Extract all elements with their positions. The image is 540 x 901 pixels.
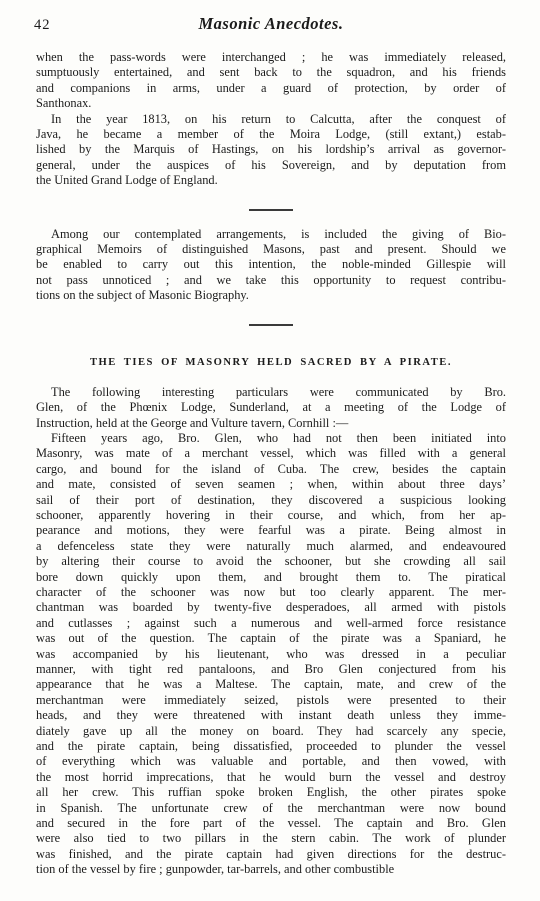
running-title: Masonic Anecdotes. [36, 14, 506, 34]
text-line: Java, he became a member of the Moira Lo… [36, 127, 506, 142]
text-line: and mate, consisted of seven seamen ; wh… [36, 477, 506, 492]
text-line: Instruction, held at the George and Vult… [36, 416, 506, 431]
text-line: Glen, of the Phœnix Lodge, Sunderland, a… [36, 400, 506, 415]
text-line: be enabled to carry out this intention, … [36, 257, 506, 272]
text-line: tions on the subject of Masonic Biograph… [36, 288, 506, 303]
divider-line [249, 209, 293, 211]
text-line: was finished, and the pirate captain had… [36, 847, 506, 862]
page-number: 42 [34, 17, 51, 34]
page-header: 42 Masonic Anecdotes. [36, 14, 506, 34]
text-line: were also tied to two pillars in the ste… [36, 831, 506, 846]
text-line: manner, with tight red pantaloons, and B… [36, 662, 506, 677]
text-line: by altering their course to avoid the sc… [36, 554, 506, 569]
paragraph: when the pass-words were interchanged ; … [36, 50, 506, 112]
text-line: heads, and they were threatened with ins… [36, 708, 506, 723]
section-divider [36, 207, 506, 209]
text-line: and the pirate captain, being dissatisfi… [36, 739, 506, 754]
text-line: the most horrid imprecations, that he wo… [36, 770, 506, 785]
text-line: tion of the vessel by fire ; gunpowder, … [36, 862, 506, 877]
text-line: cargo, and bound for the island of Cuba.… [36, 462, 506, 477]
text-line: Santhonax. [36, 96, 506, 111]
text-line: when the pass-words were interchanged ; … [36, 50, 506, 65]
text-line: sail of their port of destination, they … [36, 493, 506, 508]
paragraph: Among our contemplated arrangements, is … [36, 227, 506, 304]
text-line: Masonry, was mate of a merchant vessel, … [36, 446, 506, 461]
text-line: sumptuously entertained, and sent back t… [36, 65, 506, 80]
section-divider [36, 322, 506, 324]
text-line: lished by the Marquis of Hastings, on hi… [36, 142, 506, 157]
page-body: when the pass-words were interchanged ; … [36, 50, 506, 878]
text-line: merchantman were immediately seized, pis… [36, 693, 506, 708]
text-line: graphical Memoirs of distinguished Mason… [36, 242, 506, 257]
text-line: all her crew. This ruffian spoke broken … [36, 785, 506, 800]
divider-line [249, 324, 293, 326]
text-line: Fifteen years ago, Bro. Glen, who had no… [36, 431, 506, 446]
text-line: not pass unnoticed ; and we take this op… [36, 273, 506, 288]
text-line: a defenceless state they were naturally … [36, 539, 506, 554]
text-line: was out of the question. The captain of … [36, 631, 506, 646]
paragraph: The following interesting particulars we… [36, 385, 506, 431]
text-line: and cutlasses ; against such a numerous … [36, 616, 506, 631]
text-line: the United Grand Lodge of England. [36, 173, 506, 188]
text-line: of everything which was valuable and por… [36, 754, 506, 769]
text-line: bore down quickly upon them, and brought… [36, 570, 506, 585]
text-line: diately gave up all the money on board. … [36, 724, 506, 739]
text-line: appearance that he was a Maltese. The ca… [36, 677, 506, 692]
text-line: in Spanish. The unfortunate crew of the … [36, 801, 506, 816]
scanned-book-page: 42 Masonic Anecdotes. when the pass-word… [0, 0, 540, 901]
text-line: The following interesting particulars we… [36, 385, 506, 400]
paragraph: Fifteen years ago, Bro. Glen, who had no… [36, 431, 506, 878]
text-line: character of the schooner was now but to… [36, 585, 506, 600]
text-line: was accompanied by his lieutenant, who w… [36, 647, 506, 662]
text-line: general, under the auspices of his Sover… [36, 158, 506, 173]
text-line: chantman was boarded by twenty-five desp… [36, 600, 506, 615]
text-line: Among our contemplated arrangements, is … [36, 227, 506, 242]
paragraph: In the year 1813, on his return to Calcu… [36, 112, 506, 189]
text-line: and companions in arms, under a guard of… [36, 81, 506, 96]
text-line: and secured in the fore part of the vess… [36, 816, 506, 831]
text-line: schooner, apparently hovering in their c… [36, 508, 506, 523]
text-line: pearance and motions, they were fearful … [36, 523, 506, 538]
text-line: In the year 1813, on his return to Calcu… [36, 112, 506, 127]
section-heading: THE TIES OF MASONRY HELD SACRED BY A PIR… [36, 356, 506, 369]
